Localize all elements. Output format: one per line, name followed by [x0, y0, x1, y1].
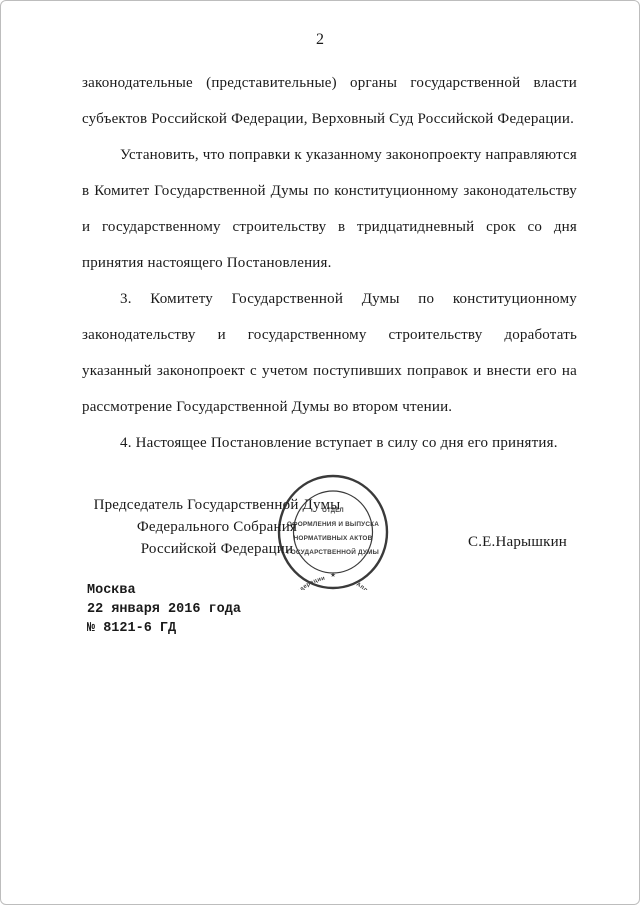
paragraph-item-2: Установить, что поправки к указанному за… — [82, 137, 577, 281]
stamp-inner-ring — [294, 491, 373, 573]
page-number: 2 — [1, 31, 639, 49]
stamp-center-line: ГОСУДАРСТВЕННОЙ ДУМЫ — [287, 547, 379, 556]
footer-date: 22 января 2016 года — [87, 600, 241, 619]
footer-doc-number: № 8121-6 ГД — [87, 619, 241, 638]
signatory-name: С.Е.Нарышкин — [468, 534, 567, 551]
stamp-center-line: ОФОРМЛЕНИЯ И ВЫПУСКА — [287, 521, 379, 528]
footer-block: Москва 22 января 2016 года № 8121-6 ГД — [87, 581, 241, 638]
stamp-star-icon: ★ — [330, 571, 336, 579]
paragraph-item-3: 3. Комитету Государственной Думы по конс… — [82, 281, 577, 425]
official-stamp: Аппарат Государственной Думы Федеральног… — [277, 474, 389, 590]
stamp-center-line: ОТДЕЛ — [322, 508, 344, 514]
stamp-center-line: НОРМАТИВНЫХ АКТОВ — [294, 535, 373, 542]
document-page: 2 законодательные (представительные) орг… — [0, 0, 640, 905]
document-body: законодательные (представительные) орган… — [82, 65, 577, 461]
paragraph-continuation: законодательные (представительные) орган… — [82, 65, 577, 137]
paragraph-item-4: 4. Настоящее Постановление вступает в си… — [82, 425, 577, 461]
footer-city: Москва — [87, 581, 241, 600]
